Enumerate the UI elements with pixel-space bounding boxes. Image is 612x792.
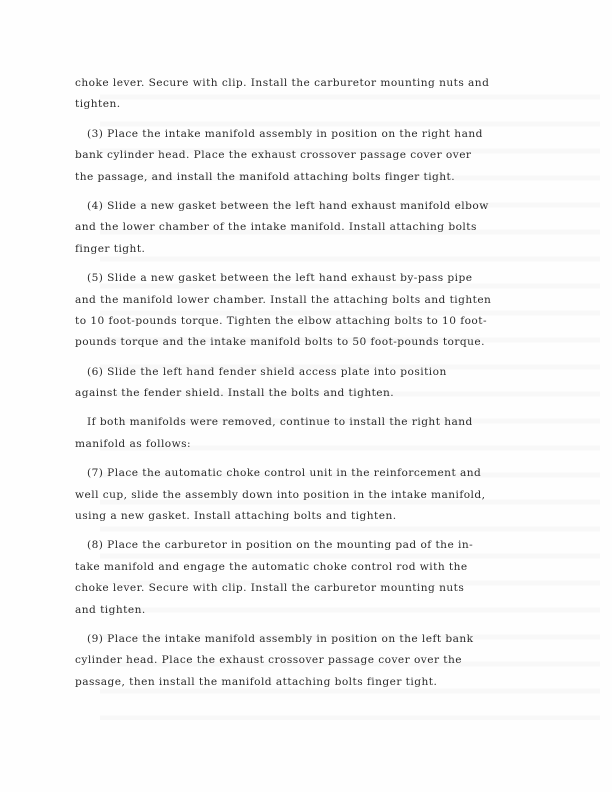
paragraph-step-3: (3) Place the intake manifold assembly i… <box>75 124 555 188</box>
text-line: and the manifold lower chamber. Install … <box>75 290 555 311</box>
paragraph-continuation: choke lever. Secure with clip. Install t… <box>75 73 555 116</box>
text-line: the passage, and install the manifold at… <box>75 167 555 188</box>
text-line: against the fender shield. Install the b… <box>75 383 555 404</box>
paragraph-step-7: (7) Place the automatic choke control un… <box>75 463 555 527</box>
text-line: cylinder head. Place the exhaust crossov… <box>75 650 555 671</box>
text-line: well cup, slide the assembly down into p… <box>75 485 555 506</box>
text-line: pounds torque and the intake manifold bo… <box>75 332 555 353</box>
text-line: finger tight. <box>75 239 555 260</box>
text-line: (7) Place the automatic choke control un… <box>75 463 555 484</box>
text-line: choke lever. Secure with clip. Install t… <box>75 73 555 94</box>
text-line: (8) Place the carburetor in position on … <box>75 535 555 556</box>
paragraph-step-8: (8) Place the carburetor in position on … <box>75 535 555 621</box>
paragraph-step-6: (6) Slide the left hand fender shield ac… <box>75 362 555 405</box>
text-line: (5) Slide a new gasket between the left … <box>75 268 555 289</box>
text-line: bank cylinder head. Place the exhaust cr… <box>75 145 555 166</box>
document-page: choke lever. Secure with clip. Install t… <box>0 0 612 792</box>
text-line: tighten. <box>75 94 555 115</box>
body-text: choke lever. Secure with clip. Install t… <box>75 73 555 693</box>
text-line: to 10 foot-pounds torque. Tighten the el… <box>75 311 555 332</box>
text-line: (3) Place the intake manifold assembly i… <box>75 124 555 145</box>
text-line: If both manifolds were removed, continue… <box>75 412 555 433</box>
text-line: (6) Slide the left hand fender shield ac… <box>75 362 555 383</box>
text-line: take manifold and engage the automatic c… <box>75 557 555 578</box>
text-line: (4) Slide a new gasket between the left … <box>75 196 555 217</box>
text-line: passage, then install the manifold attac… <box>75 672 555 693</box>
text-line: and the lower chamber of the intake mani… <box>75 217 555 238</box>
text-line: manifold as follows: <box>75 434 555 455</box>
paragraph-step-4: (4) Slide a new gasket between the left … <box>75 196 555 260</box>
paragraph-step-9: (9) Place the intake manifold assembly i… <box>75 629 555 693</box>
text-line: and tighten. <box>75 600 555 621</box>
text-line: (9) Place the intake manifold assembly i… <box>75 629 555 650</box>
paragraph-note: If both manifolds were removed, continue… <box>75 412 555 455</box>
text-line: choke lever. Secure with clip. Install t… <box>75 578 555 599</box>
text-line: using a new gasket. Install attaching bo… <box>75 506 555 527</box>
paragraph-step-5: (5) Slide a new gasket between the left … <box>75 268 555 354</box>
